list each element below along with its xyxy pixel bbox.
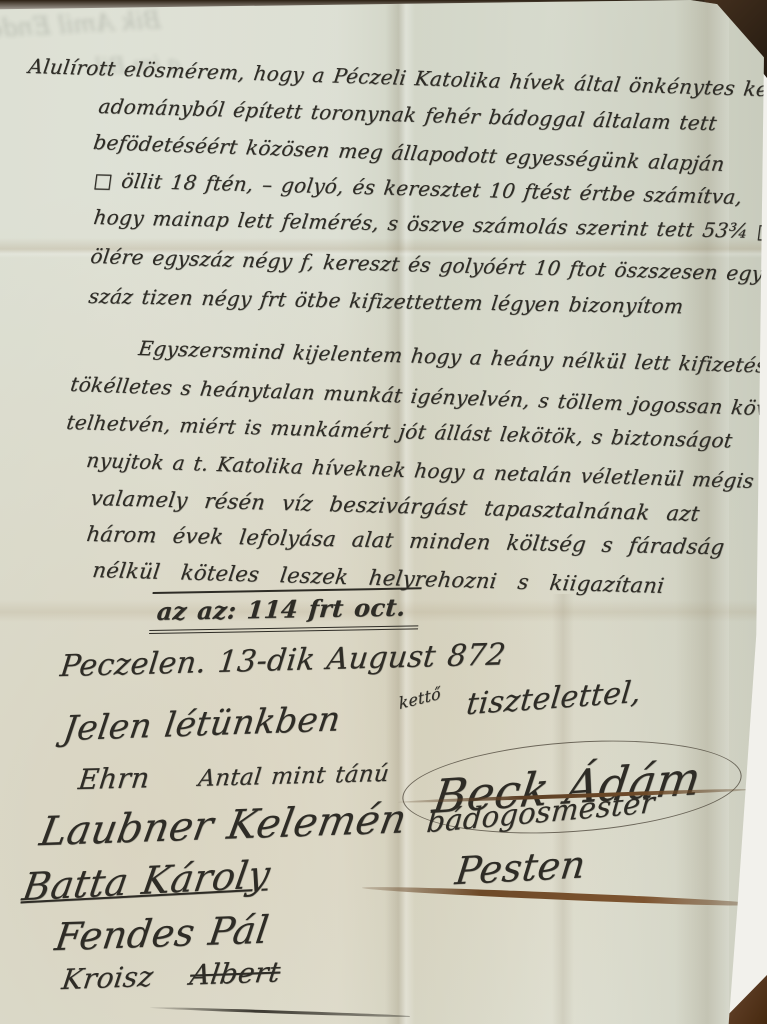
witness-ehrn-antal: Ehrn Antal mint tánú xyxy=(77,758,391,794)
total-amount-line: az az: 114 frt oct. xyxy=(150,595,421,624)
manuscript-line: Egyszersmind kijelentem hogy a heány nél… xyxy=(137,338,767,376)
closing-place: Pesten xyxy=(453,845,587,890)
signature-underline-stroke xyxy=(150,1006,410,1018)
ink-bleedthrough-line: Bik Amil Endermann xyxy=(0,6,161,47)
manuscript-line: nyujtok a t. Katolika híveknek hogy a ne… xyxy=(85,450,755,491)
signature-kroisz: Kroisz xyxy=(60,960,156,996)
manuscript-line: száz tizen négy frt ötbe kifizettettem l… xyxy=(88,286,685,316)
signature-fendes-pal: Fendes Pál xyxy=(53,911,272,957)
witness-ehrn: Ehrn xyxy=(77,761,152,796)
witness-antal-role: Antal mint tánú xyxy=(197,761,391,792)
witness-presence-line: Jelen létünkben xyxy=(61,702,342,746)
photographed-document: Bik Amil Endermann a im Bil Alulírott el… xyxy=(0,0,767,1024)
manuscript-line: hogy mainap lett felmérés, s öszve számo… xyxy=(92,207,767,241)
signature-albert-struck: Albert xyxy=(188,955,283,991)
total-amount-text: az az: 114 frt oct. xyxy=(149,587,421,634)
dateline: Peczelen. 13-dik August 872 xyxy=(59,640,508,682)
signature-laubner-kelemen: Laubner Kelemén xyxy=(37,799,410,852)
signature-kroisz-albert: Kroisz Albert xyxy=(60,958,282,994)
manuscript-paper: Bik Amil Endermann a im Bil Alulírott el… xyxy=(0,0,767,1024)
signature-batta-karoly: Batta Károly xyxy=(20,855,273,906)
closing-salutation: tisztelettel, xyxy=(465,678,643,720)
manuscript-line: □ öllit 18 ftén, – golyó, és keresztet 1… xyxy=(92,170,743,207)
